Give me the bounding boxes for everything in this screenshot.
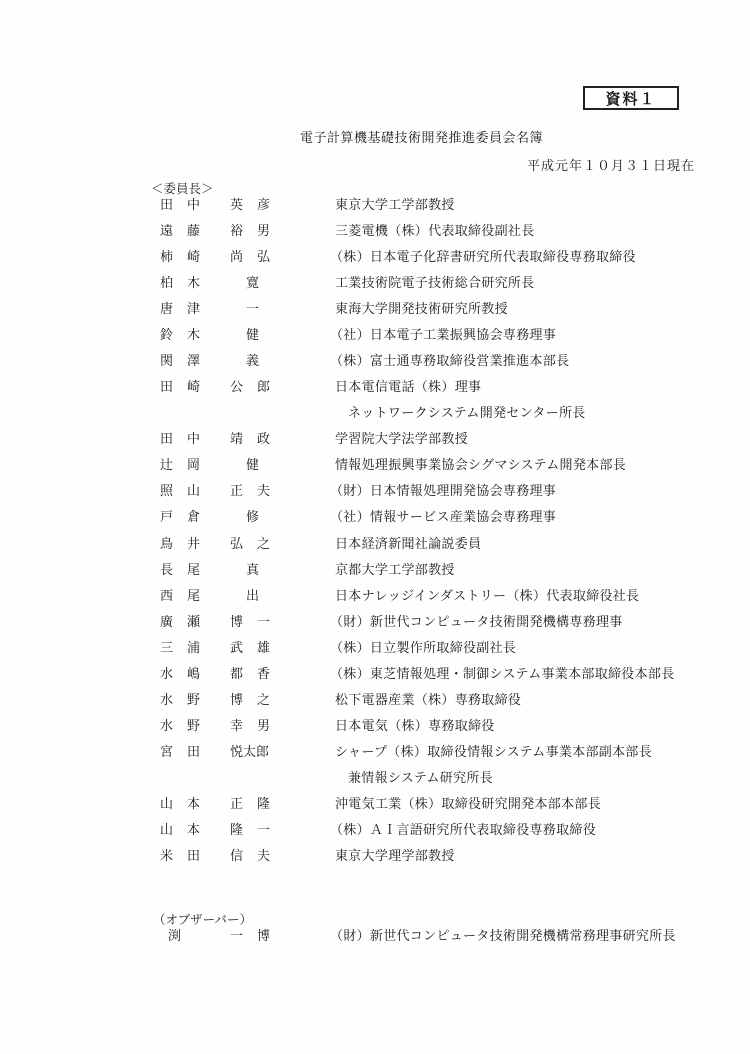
member-given-name: 弘之 — [230, 533, 300, 552]
member-row: 辻岡 健 情報処理振興事業協会シグマシステム開発本部長 — [0, 454, 750, 480]
member-surname: 西尾 — [160, 585, 230, 604]
member-affiliation: （財）日本情報処理開発協会専務理事 — [330, 480, 556, 499]
member-given-name: 靖政 — [230, 428, 300, 447]
member-given-name: 正隆 — [230, 793, 300, 812]
member-surname: 照山 — [160, 480, 230, 499]
member-row: 水嶋 都香 （株）東芝情報処理・制御システム事業本部取締役本部長 — [0, 663, 750, 689]
member-row: 米田 信夫 東京大学理学部教授 — [0, 845, 750, 871]
member-affiliation: 東京大学理学部教授 — [335, 845, 455, 864]
member-affiliation-continued: 兼情報システム研究所長 — [348, 767, 493, 786]
member-given-name: 公郎 — [230, 376, 300, 395]
member-row: 田崎 公郎 日本電信電話（株）理事 ネットワークシステム開発センター所長 — [0, 376, 750, 402]
member-row: 山本 隆一 （株）ＡＩ言語研究所代表取締役専務取締役 — [0, 819, 750, 845]
member-affiliation: （財）新世代コンピュータ技術開発機構専務理事 — [330, 611, 623, 630]
member-affiliation: 日本電信電話（株）理事 — [335, 376, 481, 395]
member-row: 宮田 悦太郎 シャープ（株）取締役情報システム事業本部副本部長 兼情報システム研… — [0, 741, 750, 767]
member-surname: 柿崎 — [160, 246, 230, 265]
member-surname: 柏木 — [160, 272, 230, 291]
member-row: 柿崎 尚弘 （株）日本電子化辞書研究所代表取締役専務取締役 — [0, 246, 750, 272]
member-given-name: 博一 — [230, 611, 300, 630]
member-affiliation: シャープ（株）取締役情報システム事業本部副本部長 — [335, 741, 652, 760]
member-row: 遠藤 裕男 三菱電機（株）代表取締役副社長 — [0, 220, 750, 246]
member-given-name: 隆一 — [230, 819, 300, 838]
member-given-name: 健 — [246, 324, 316, 343]
member-given-name: 尚弘 — [230, 246, 300, 265]
member-affiliation: 松下電器産業（株）専務取締役 — [335, 689, 521, 708]
member-surname: 水野 — [160, 715, 230, 734]
member-surname: 長尾 — [160, 559, 230, 578]
member-row: 田中 英彦 東京大学工学部教授 — [0, 194, 750, 220]
member-row: 山本 正隆 沖電気工業（株）取締役研究開発本部本部長 — [0, 793, 750, 819]
member-affiliation: （社）日本電子工業振興協会専務理事 — [330, 324, 556, 343]
member-affiliation: 三菱電機（株）代表取締役副社長 — [335, 220, 535, 239]
member-affiliation: （株）日立製作所取締役副社長 — [330, 637, 516, 656]
observer-affiliation: （財）新世代コンピュータ技術開発機構常務理事研究所長 — [330, 925, 676, 944]
member-affiliation: 学習院大学法学部教授 — [335, 428, 468, 447]
member-surname: 田崎 — [160, 376, 230, 395]
member-surname: 辻岡 — [160, 454, 230, 473]
member-given-name: 義 — [246, 350, 316, 369]
observer-surname: 渕 — [168, 925, 238, 944]
member-surname: 山本 — [160, 819, 230, 838]
member-affiliation: （株）富士通専務取締役営業推進本部長 — [330, 350, 569, 369]
member-row: 柏木 寛 工業技術院電子技術総合研究所長 — [0, 272, 750, 298]
observer-row: 渕 一博 （財）新世代コンピュータ技術開発機構常務理事研究所長 — [0, 925, 750, 951]
member-given-name: 博之 — [230, 689, 300, 708]
member-row: 水野 博之 松下電器産業（株）専務取締役 — [0, 689, 750, 715]
member-row: 照山 正夫 （財）日本情報処理開発協会専務理事 — [0, 480, 750, 506]
member-surname: 宮田 — [160, 741, 230, 760]
member-surname: 水野 — [160, 689, 230, 708]
member-affiliation: 東海大学開発技術研究所教授 — [335, 298, 508, 317]
member-given-name: 悦太郎 — [230, 741, 300, 760]
member-affiliation: （株）東芝情報処理・制御システム事業本部取締役本部長 — [330, 663, 675, 682]
member-surname: 廣瀬 — [160, 611, 230, 630]
member-row: 鳥井 弘之 日本経済新聞社論説委員 — [0, 533, 750, 559]
member-given-name: 一 — [246, 298, 316, 317]
member-surname: 田中 — [160, 428, 230, 447]
member-surname: 戸倉 — [160, 506, 230, 525]
member-affiliation: 日本ナレッジインダストリー（株）代表取締役社長 — [335, 585, 639, 604]
member-surname: 水嶋 — [160, 663, 230, 682]
member-row: 廣瀬 博一 （財）新世代コンピュータ技術開発機構専務理事 — [0, 611, 750, 637]
member-given-name: 裕男 — [230, 220, 300, 239]
member-row: 長尾 真 京都大学工学部教授 — [0, 559, 750, 585]
member-given-name: 健 — [246, 454, 316, 473]
member-given-name: 真 — [246, 559, 316, 578]
member-surname: 田中 — [160, 194, 230, 213]
member-surname: 米田 — [160, 845, 230, 864]
member-given-name: 英彦 — [230, 194, 300, 213]
member-affiliation: 京都大学工学部教授 — [335, 559, 455, 578]
member-affiliation: （社）情報サービス産業協会専務理事 — [330, 506, 556, 525]
document-date: 平成元年１０月３１日現在 — [527, 155, 695, 174]
member-affiliation: 東京大学工学部教授 — [335, 194, 455, 213]
member-affiliation: 工業技術院電子技術総合研究所長 — [335, 272, 535, 291]
member-given-name: 寛 — [246, 272, 316, 291]
document-page: 資料１ 電子計算機基礎技術開発推進委員会名簿 平成元年１０月３１日現在 ＜委員長… — [0, 0, 750, 1054]
member-row: 三浦 武雄 （株）日立製作所取締役副社長 — [0, 637, 750, 663]
member-affiliation-continued: ネットワークシステム開発センター所長 — [348, 402, 586, 421]
member-given-name: 修 — [246, 506, 316, 525]
member-given-name: 正夫 — [230, 480, 300, 499]
member-affiliation: （株）ＡＩ言語研究所代表取締役専務取締役 — [330, 819, 596, 838]
member-affiliation: （株）日本電子化辞書研究所代表取締役専務取締役 — [330, 246, 636, 265]
member-affiliation: 日本経済新聞社論説委員 — [335, 533, 481, 552]
member-row: 水野 幸男 日本電気（株）専務取締役 — [0, 715, 750, 741]
member-affiliation: 沖電気工業（株）取締役研究開発本部本部長 — [335, 793, 601, 812]
member-row: 鈴木 健 （社）日本電子工業振興協会専務理事 — [0, 324, 750, 350]
member-surname: 三浦 — [160, 637, 230, 656]
member-row: 唐津 一 東海大学開発技術研究所教授 — [0, 298, 750, 324]
member-affiliation: 情報処理振興事業協会シグマシステム開発本部長 — [335, 454, 626, 473]
document-label-box: 資料１ — [583, 86, 679, 110]
member-given-name: 武雄 — [230, 637, 300, 656]
member-row: 戸倉 修 （社）情報サービス産業協会専務理事 — [0, 506, 750, 532]
member-affiliation: 日本電気（株）専務取締役 — [335, 715, 495, 734]
member-given-name: 都香 — [230, 663, 300, 682]
member-row: 西尾 出 日本ナレッジインダストリー（株）代表取締役社長 — [0, 585, 750, 611]
member-given-name: 信夫 — [230, 845, 300, 864]
member-given-name: 幸男 — [230, 715, 300, 734]
member-surname: 関澤 — [160, 350, 230, 369]
member-row: 関澤 義 （株）富士通専務取締役営業推進本部長 — [0, 350, 750, 376]
member-surname: 唐津 — [160, 298, 230, 317]
member-surname: 鈴木 — [160, 324, 230, 343]
member-given-name: 出 — [246, 585, 316, 604]
member-surname: 山本 — [160, 793, 230, 812]
observer-given-name: 一博 — [230, 925, 300, 944]
member-surname: 遠藤 — [160, 220, 230, 239]
member-row: 田中 靖政 学習院大学法学部教授 — [0, 428, 750, 454]
member-surname: 鳥井 — [160, 533, 230, 552]
document-title: 電子計算機基礎技術開発推進委員会名簿 — [300, 127, 543, 146]
